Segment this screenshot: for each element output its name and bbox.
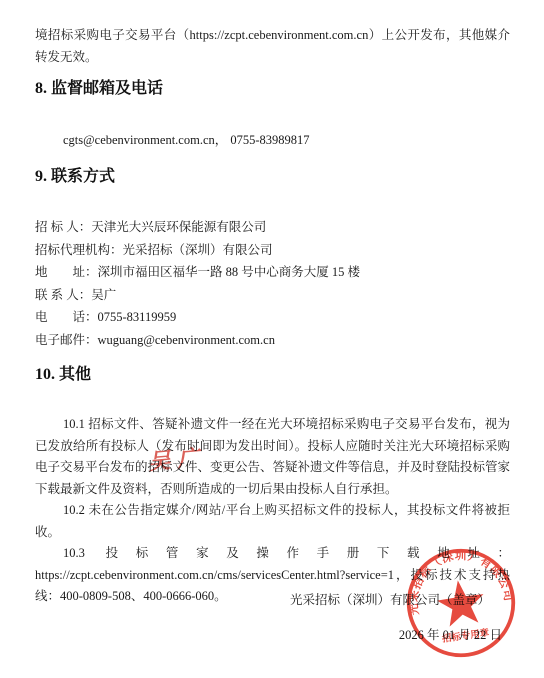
contact-info-block: 招 标 人：天津光大兴辰环保能源有限公司 招标代理机构：光采招标（深圳）有限公司… [35, 216, 510, 351]
company-round-seal: 光采招标（深圳）有限公司 招标专用章 [394, 538, 529, 668]
tender-document-page: 境招标采购电子交易平台（https://zcpt.cebenvironment.… [0, 0, 544, 678]
supervision-email-phone: cgts@cebenvironment.com.cn， 0755-8398981… [35, 129, 510, 151]
field-label: 电 话： [35, 310, 98, 324]
field-value: 吴广 [91, 288, 116, 302]
clause-10-1: 10.1 招标文件、答疑补遗文件一经在光大环境招标采购电子交易平台发布，视为已发… [35, 414, 510, 500]
field-value: wuguang@cebenvironment.com.cn [98, 333, 275, 347]
section10-heading: 10. 其他 [35, 364, 510, 386]
field-value: 光采招标（深圳）有限公司 [123, 243, 273, 257]
field-value: 0755-83119959 [98, 310, 177, 324]
contact-row-address: 地 址：深圳市福田区福华一路 88 号中心商务大厦 15 楼 [35, 261, 510, 284]
field-label: 联 系 人： [35, 288, 91, 302]
section8-heading: 8. 监督邮箱及电话 [35, 78, 510, 100]
seal-bottom-text: 招标专用章 [440, 626, 490, 645]
field-label: 招标代理机构： [35, 243, 123, 257]
field-label: 招 标 人： [35, 220, 91, 234]
field-label: 电子邮件： [35, 333, 98, 347]
field-value: 天津光大兴辰环保能源有限公司 [91, 220, 266, 234]
star-icon [435, 577, 488, 628]
contact-row-phone: 电 话：0755-83119959 [35, 306, 510, 329]
contact-row-tenderer: 招 标 人：天津光大兴辰环保能源有限公司 [35, 216, 510, 239]
clause-10-2: 10.2 未在公告指定媒介/网站/平台上购买招标文件的投标人，其投标文件将被拒收… [35, 500, 510, 543]
contact-row-agency: 招标代理机构：光采招标（深圳）有限公司 [35, 239, 510, 262]
intro-continuation-paragraph: 境招标采购电子交易平台（https://zcpt.cebenvironment.… [35, 24, 510, 68]
contact-row-email: 电子邮件：wuguang@cebenvironment.com.cn [35, 329, 510, 352]
field-label: 地 址： [35, 265, 98, 279]
field-value: 深圳市福田区福华一路 88 号中心商务大厦 15 楼 [98, 265, 361, 279]
name-stamp: 吴广 [147, 441, 207, 477]
section9-heading: 9. 联系方式 [35, 166, 510, 188]
contact-row-person: 联 系 人：吴广 [35, 284, 510, 307]
